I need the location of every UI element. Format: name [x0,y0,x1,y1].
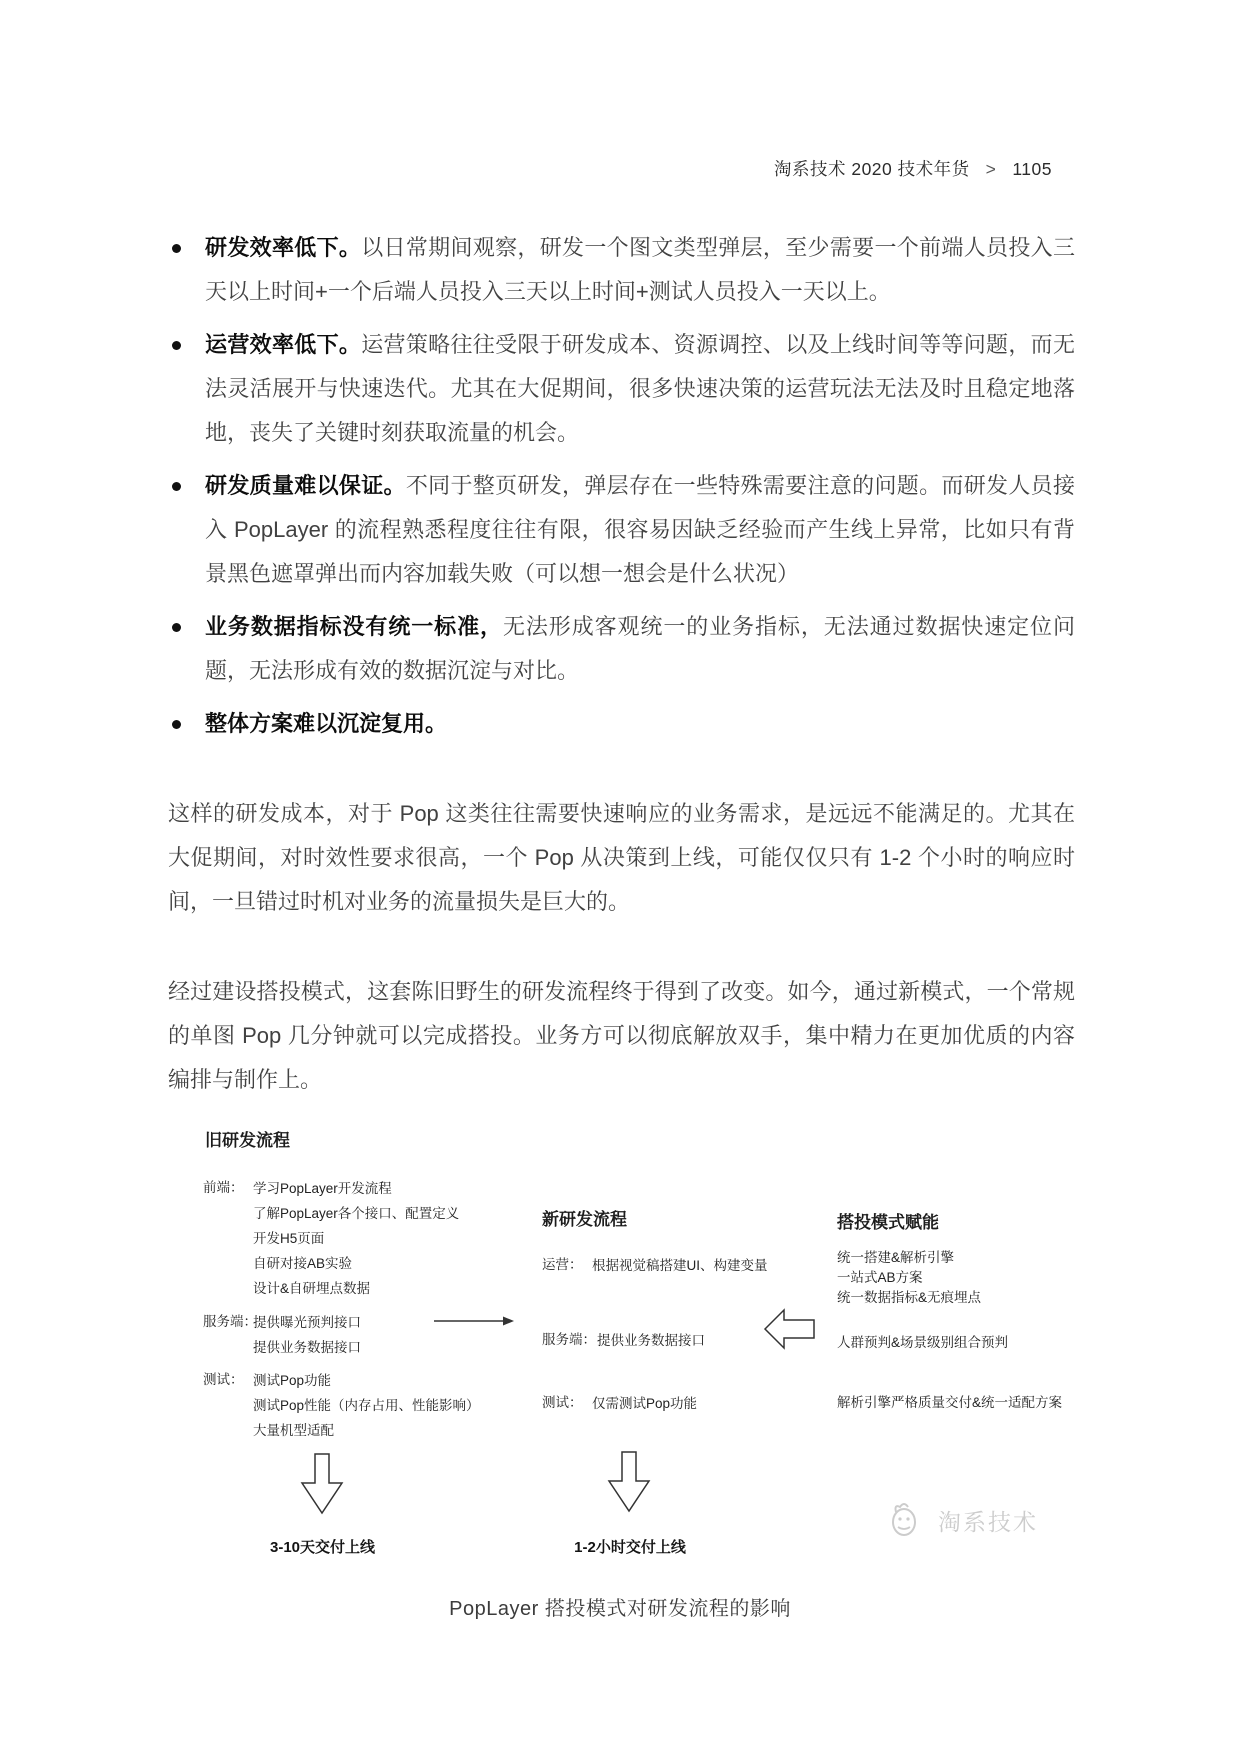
old-server-items: 提供曝光预判接口 提供业务数据接口 [253,1310,361,1360]
down-arrow-icon [606,1450,652,1514]
old-test-label: 测试： [203,1368,244,1388]
bullet-lead: 研发效率低下。 [205,235,361,260]
diagram-item: 提供业务数据接口 [597,1328,705,1353]
diagram-item: 仅需测试Pop功能 [592,1391,697,1416]
list-item: 业务数据指标没有统一标准，无法形成客观统一的业务指标，无法通过数据快速定位问题，… [168,605,1075,693]
old-frontend-items: 学习PopLayer开发流程 了解PopLayer各个接口、配置定义 开发H5页… [253,1176,459,1301]
list-item: 运营效率低下。运营策略往往受限于研发成本、资源调控、以及上线时间等等问题，而无法… [168,323,1075,455]
old-test-items: 测试Pop功能 测试Pop性能（内存占用、性能影响） 大量机型适配 [253,1368,480,1443]
diagram-item: 统一搭建&解析引擎 [837,1248,981,1268]
body-content: 研发效率低下。以日常期间观察，研发一个图文类型弹层，至少需要一个前端人员投入三天… [168,226,1075,1102]
bullet-lead: 研发质量难以保证。 [205,473,406,498]
list-item: 研发效率低下。以日常期间观察，研发一个图文类型弹层，至少需要一个前端人员投入三天… [168,226,1075,314]
bullet-lead: 运营效率低下。 [205,332,361,357]
diagram-item: 测试Pop性能（内存占用、性能影响） [253,1393,480,1418]
enablement-items-top: 统一搭建&解析引擎 一站式AB方案 统一数据指标&无痕埋点 [837,1248,981,1308]
new-server-label: 服务端： [542,1328,596,1348]
page-number: 1105 [1012,159,1052,179]
diagram-item: 大量机型适配 [253,1418,480,1443]
page-header: 淘系技术 2020 技术年货>1105 [774,156,1052,181]
watermark-text: 淘系技术 [938,1504,1038,1537]
diagram-item: 解析引擎严格质量交付&统一适配方案 [837,1390,1062,1415]
new-test-label: 测试： [542,1391,583,1411]
paragraph: 这样的研发成本，对于 Pop 这类往往需要快速响应的业务需求，是远远不能满足的。… [168,792,1075,924]
old-flow-title: 旧研发流程 [205,1126,290,1151]
old-frontend-label: 前端： [203,1176,244,1196]
new-flow-title: 新研发流程 [542,1205,627,1230]
diagram-item: 开发H5页面 [253,1226,459,1251]
bullet-list: 研发效率低下。以日常期间观察，研发一个图文类型弹层，至少需要一个前端人员投入三天… [168,226,1075,746]
document-page: 淘系技术 2020 技术年货>1105 研发效率低下。以日常期间观察，研发一个图… [0,0,1240,1755]
bullet-lead: 业务数据指标没有统一标准， [205,614,503,639]
new-flow-result: 1-2小时交付上线 [535,1536,725,1557]
bullet-lead: 整体方案难以沉淀复用。 [205,711,447,736]
book-title: 淘系技术 2020 技术年货 [774,159,970,179]
new-ops-items: 根据视觉稿搭建UI、构建变量 [592,1253,768,1278]
paragraph: 经过建设搭投模式，这套陈旧野生的研发流程终于得到了改变。如今，通过新模式，一个常… [168,970,1075,1102]
list-item: 研发质量难以保证。不同于整页研发，弹层存在一些特殊需要注意的问题。而研发人员接入… [168,464,1075,596]
figure-caption: PopLayer 搭投模式对研发流程的影响 [0,1592,1240,1621]
diagram-item: 提供曝光预判接口 [253,1310,361,1335]
breadcrumb-separator: > [986,159,997,179]
new-test-items: 仅需测试Pop功能 [592,1391,697,1416]
watermark: 淘系技术 [888,1498,1038,1542]
new-server-items: 提供业务数据接口 [597,1328,705,1353]
enablement-item-predict: 人群预判&场景级别组合预判 [837,1330,1008,1355]
old-server-label: 服务端： [203,1310,257,1330]
enablement-item-quality: 解析引擎严格质量交付&统一适配方案 [837,1390,1062,1415]
diagram-item: 根据视觉稿搭建UI、构建变量 [592,1253,768,1278]
left-block-arrow-icon [763,1305,817,1353]
diagram-item: 统一数据指标&无痕埋点 [837,1288,981,1308]
diagram-item: 学习PopLayer开发流程 [253,1176,459,1201]
old-flow-result: 3-10天交付上线 [230,1536,415,1557]
list-item: 整体方案难以沉淀复用。 [168,702,1075,746]
diagram-item: 设计&自研埋点数据 [253,1276,459,1301]
diagram-item: 了解PopLayer各个接口、配置定义 [253,1201,459,1226]
diagram-item: 自研对接AB实验 [253,1251,459,1276]
diagram-item: 一站式AB方案 [837,1268,981,1288]
enablement-title: 搭投模式赋能 [837,1208,939,1233]
down-arrow-icon [299,1452,345,1516]
diagram-item: 测试Pop功能 [253,1368,480,1393]
right-arrow-icon [433,1314,515,1328]
diagram-item: 提供业务数据接口 [253,1335,361,1360]
new-ops-label: 运营： [542,1253,583,1273]
diagram-item: 人群预判&场景级别组合预判 [837,1330,1008,1355]
taobao-tech-logo-icon [888,1498,932,1542]
